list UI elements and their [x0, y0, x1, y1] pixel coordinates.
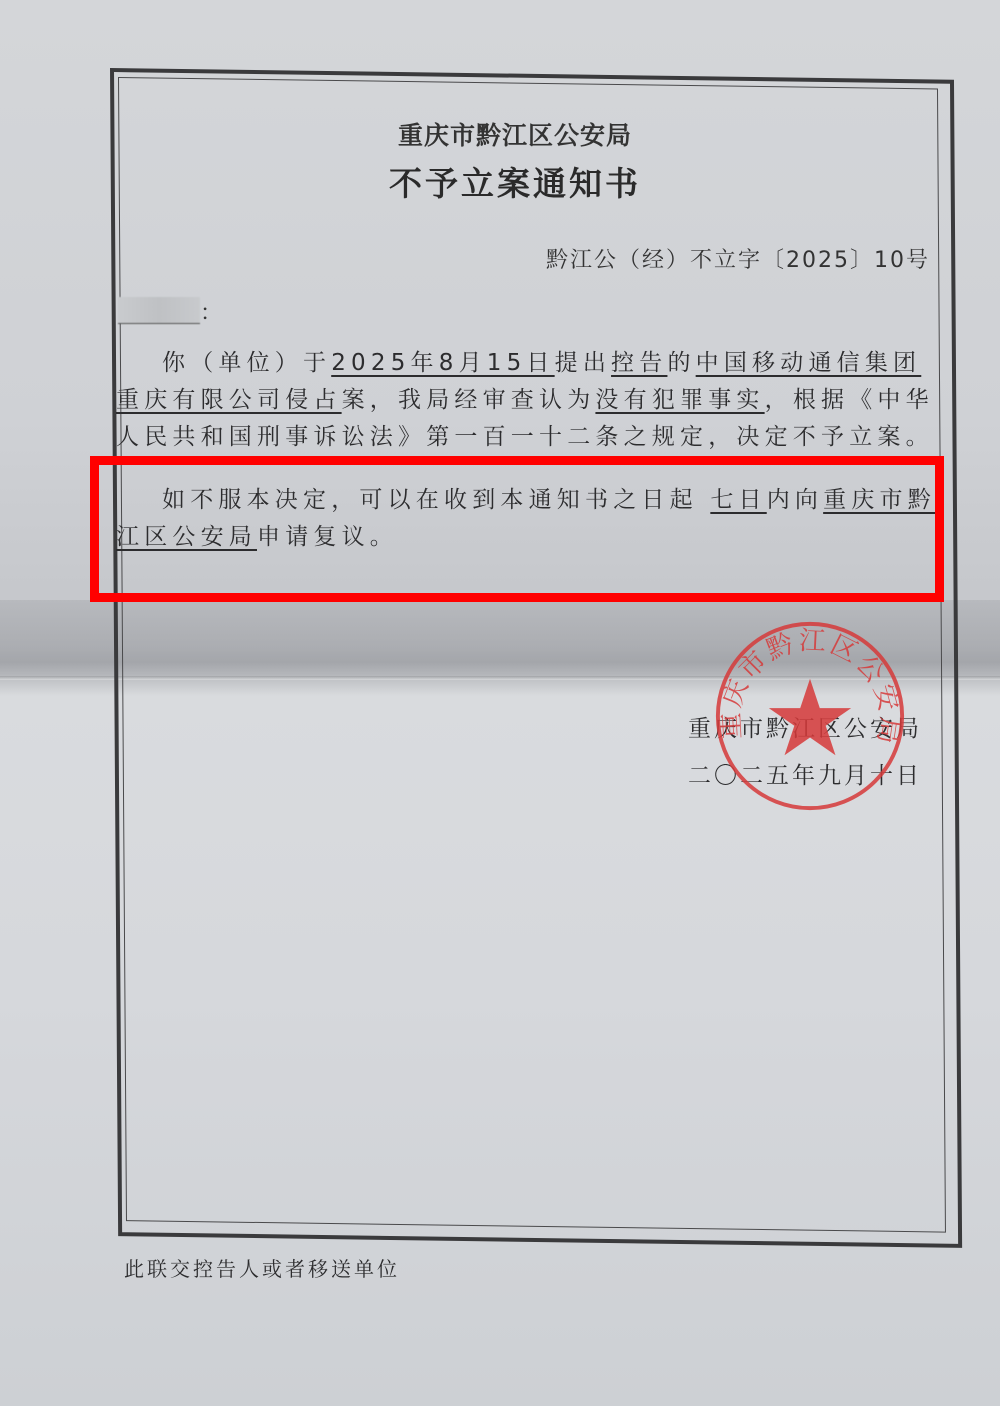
issuing-agency: 重庆市黔江区公安局: [0, 116, 1000, 152]
text-segment: 提出: [555, 350, 611, 376]
signature-agency: 重庆市黔江区公安局: [688, 710, 922, 743]
document-title: 不予立案通知书: [0, 158, 1000, 205]
paragraph-decision: 你（单位）于2025年8月15日提出控告的中国移动通信集团重庆有限公司侵占案，我…: [116, 345, 936, 456]
recipient-name-redacted: [118, 297, 200, 324]
document-number: 黔江公（经）不立字〔2025〕10号: [546, 243, 930, 274]
signature-date: 二〇二五年九月十日: [688, 757, 922, 790]
complaint-date: 2025年8月15日: [331, 350, 554, 376]
text-segment: 你（单位）于: [162, 350, 331, 376]
recipient-colon: ：: [200, 301, 222, 326]
copy-distribution-note: 此联交控告人或者移送单位: [124, 1253, 400, 1282]
text-segment: 案，我局经审查认为: [342, 387, 596, 413]
complaint-type: 控告: [611, 350, 667, 376]
recipient-line: ：: [118, 296, 222, 327]
decision-reason: 没有犯罪事实: [595, 387, 764, 413]
highlight-annotation-box: [90, 456, 944, 602]
text-segment: 的: [667, 350, 695, 376]
